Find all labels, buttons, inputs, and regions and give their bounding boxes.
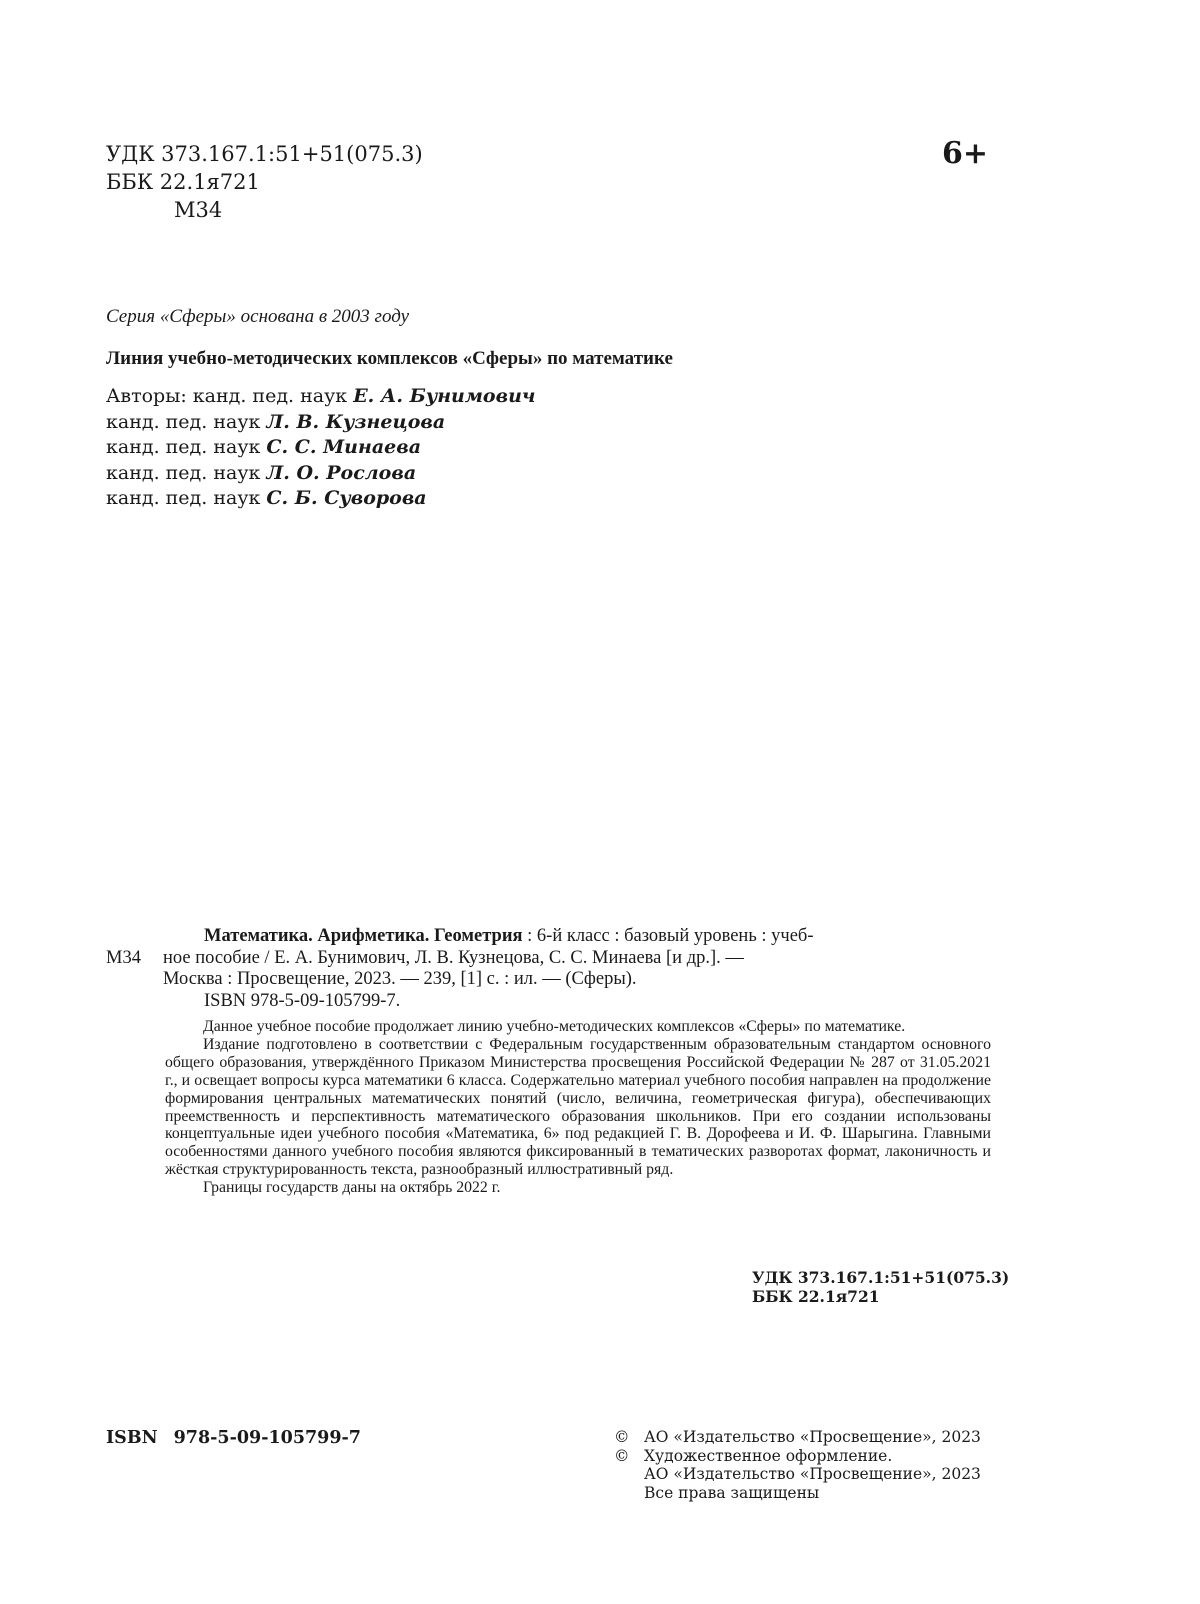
annotation-paragraph: Данное учебное пособие продолжает линию …: [108, 1018, 991, 1036]
rights-reserved: Все права защищены: [644, 1484, 819, 1503]
classification-codes-top: УДК 373.167.1:51+51(075.3) ББК 22.1я721 …: [106, 140, 423, 224]
annotation-paragraph: Издание подготовлено в соответствии с Фе…: [165, 1036, 991, 1179]
copyright-block: ©АО «Издательство «Просвещение», 2023 ©Х…: [614, 1428, 981, 1502]
isbn-label: ISBN: [106, 1428, 158, 1448]
author-degree: канд. пед. наук: [193, 385, 353, 407]
bibliographic-record: М34 Математика. Арифметика. Геометрия : …: [106, 926, 990, 1012]
copyright-icon: ©: [614, 1428, 644, 1447]
author-degree: канд. пед. наук: [106, 462, 266, 484]
udk-code-bottom: УДК 373.167.1:51+51(075.3): [752, 1268, 1009, 1287]
copyright-row: ©АО «Издательство «Просвещение», 2023: [614, 1428, 981, 1447]
biblio-line-3: Москва : Просвещение, 2023. — 239, [1] с…: [106, 969, 990, 991]
book-title: Математика. Арифметика. Геометрия: [204, 926, 523, 946]
isbn-number: 978-5-09-105799-7: [174, 1428, 361, 1448]
author-name: Е. А. Бунимович: [353, 385, 535, 407]
copyright-row: ©Художественное оформление.: [614, 1447, 981, 1466]
copyright-icon: ©: [614, 1447, 644, 1466]
author-name: С. С. Минаева: [266, 436, 421, 458]
bbk-code: ББК 22.1я721: [106, 168, 423, 196]
authors-prefix: Авторы:: [106, 385, 193, 407]
biblio-isbn: ISBN 978-5-09-105799-7.: [106, 991, 990, 1013]
copyright-line: АО «Издательство «Просвещение», 2023: [644, 1465, 981, 1484]
authors-list: Авторы: канд. пед. наук Е. А. Бунимович …: [106, 384, 535, 512]
annotation-paragraph: Границы государств даны на октябрь 2022 …: [165, 1179, 991, 1197]
biblio-line-1-rest: : 6-й класс : базовый уровень : учеб-: [523, 926, 814, 946]
author-degree: канд. пед. наук: [106, 487, 266, 509]
author-name: Л. В. Кузнецова: [266, 411, 445, 433]
biblio-author-mark: М34: [106, 948, 141, 970]
isbn: ISBN978-5-09-105799-7: [106, 1428, 361, 1448]
copyright-row: АО «Издательство «Просвещение», 2023: [614, 1465, 981, 1484]
classification-codes-bottom: УДК 373.167.1:51+51(075.3) ББК 22.1я721: [752, 1268, 1009, 1306]
author-line: канд. пед. наук Л. В. Кузнецова: [106, 410, 535, 436]
copyright-line: Художественное оформление.: [644, 1447, 892, 1466]
bbk-code-bottom: ББК 22.1я721: [752, 1287, 1009, 1306]
biblio-line-2: ное пособие / Е. А. Бунимович, Л. В. Куз…: [106, 948, 990, 970]
author-line: канд. пед. наук Л. О. Рослова: [106, 461, 535, 487]
author-name: Л. О. Рослова: [266, 462, 416, 484]
author-mark: М34: [106, 196, 423, 224]
udk-code: УДК 373.167.1:51+51(075.3): [106, 140, 423, 168]
author-degree: канд. пед. наук: [106, 436, 266, 458]
line-title: Линия учебно-методических комплексов «Сф…: [106, 348, 673, 370]
copyright-line: АО «Издательство «Просвещение», 2023: [644, 1428, 981, 1447]
author-name: С. Б. Суворова: [266, 487, 426, 509]
author-line: канд. пед. наук С. С. Минаева: [106, 435, 535, 461]
biblio-line-1: Математика. Арифметика. Геометрия : 6-й …: [106, 926, 990, 948]
annotation: Данное учебное пособие продолжает линию …: [165, 1018, 991, 1197]
age-rating: 6+: [942, 136, 988, 171]
series-note: Серия «Сферы» основана в 2003 году: [106, 306, 409, 328]
author-degree: канд. пед. наук: [106, 411, 266, 433]
copyright-row: Все права защищены: [614, 1484, 981, 1503]
author-line: канд. пед. наук С. Б. Суворова: [106, 486, 535, 512]
author-line: Авторы: канд. пед. наук Е. А. Бунимович: [106, 384, 535, 410]
